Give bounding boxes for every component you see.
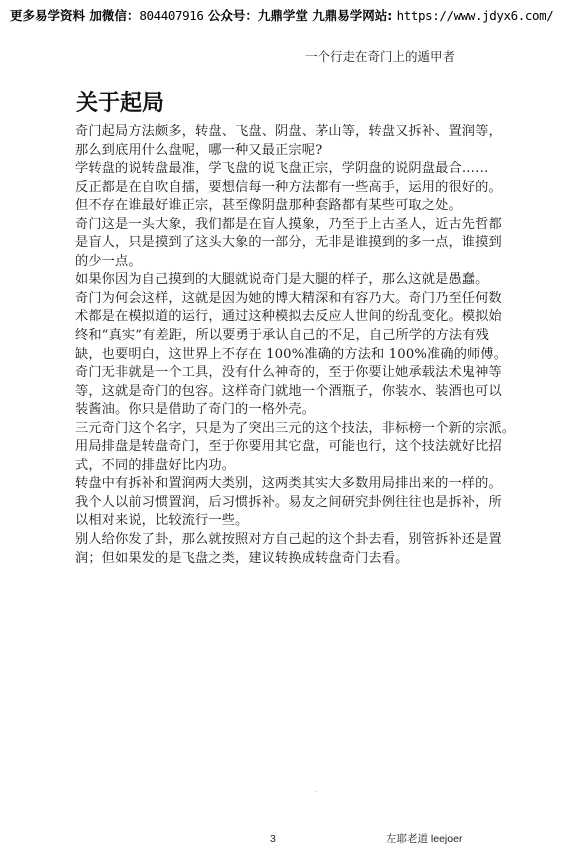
body-line: 我个人以前习惯置润，后习惯拆补。易友之间研究卦例往往也是拆补，所 bbox=[75, 494, 495, 513]
body-line: 润；但如果发的是飞盘之类，建议转换成转盘奇门去看。 bbox=[75, 550, 495, 569]
body-line: 术都是在模拟道的运行，通过这种模拟去反应人世间的纷乱变化。模拟始 bbox=[75, 308, 495, 327]
body-line: 学转盘的说转盘最准，学飞盘的说飞盘正宗，学阴盘的说阴盘最合…… bbox=[75, 160, 495, 179]
body-line: 奇门起局方法颇多，转盘、飞盘、阴盘、茅山等，转盘又拆补、置润等， bbox=[75, 123, 495, 142]
body-line: 反正都是在自吹自擂，要想信每一种方法都有一些高手，运用的很好的。 bbox=[75, 179, 495, 198]
body-line: 的少一点。 bbox=[75, 253, 495, 272]
body-line: 奇门为何会这样，这就是因为她的博大精深和有容乃大。奇门乃至任何数 bbox=[75, 290, 495, 309]
watermark-header: 更多易学资料 加微信：804407916 公众号：九鼎学堂 九鼎易学网站: ht… bbox=[10, 8, 553, 24]
body-line: 如果你因为自己摸到的大腿就说奇门是大腿的样子，那么这就是愚蠢。 bbox=[75, 271, 495, 290]
body-line: 等，这就是奇门的包容。这样奇门就地一个酒瓶子，你装水、装酒也可以 bbox=[75, 383, 495, 402]
body-line: 那么到底用什么盘呢，哪一种又最正宗呢? bbox=[75, 142, 495, 161]
watermark-wechat-id: 804407916 bbox=[139, 8, 203, 23]
body-line: 终和“真实”有差距，所以要勇于承认自己的不足，自己所学的方法有残 bbox=[75, 327, 495, 346]
subtitle: 一个行走在奇门上的遁甲者 bbox=[305, 49, 455, 65]
watermark-url: https://www.jdyx6.com/ bbox=[397, 8, 554, 23]
watermark-prefix: 更多易学资料 加微信： bbox=[10, 8, 139, 23]
body-line: 奇门这是一头大象，我们都是在盲人摸象，乃至于上古圣人，近古先哲都 bbox=[75, 216, 495, 235]
body-line: 是盲人，只是摸到了这头大象的一部分，无非是谁摸到的多一点，谁摸到 bbox=[75, 234, 495, 253]
document-body: 奇门起局方法颇多，转盘、飞盘、阴盘、茅山等，转盘又拆补、置润等， 那么到底用什么… bbox=[75, 123, 495, 568]
body-line: 三元奇门这个名字，只是为了突出三元的这个技法，非标榜一个新的宗派。 bbox=[75, 420, 495, 439]
body-line: 别人给你发了卦，那么就按照对方自己起的这个卦去看，别管拆补还是置 bbox=[75, 531, 495, 550]
watermark-mid: 公众号：九鼎学堂 九鼎易学网站: bbox=[204, 8, 397, 23]
scan-dot bbox=[315, 791, 316, 792]
page-number: 3 bbox=[270, 832, 276, 846]
body-line: 装酱油。你只是借助了奇门的一格外壳。 bbox=[75, 401, 495, 420]
page-title: 关于起局 bbox=[76, 91, 164, 117]
body-line: 以相对来说，比较流行一些。 bbox=[75, 512, 495, 531]
body-line: 奇门无非就是一个工具，没有什么神奇的，至于你要让她承载法术鬼神等 bbox=[75, 364, 495, 383]
body-line: 但不存在谁最好谁正宗，甚至像阴盘那种套路都有某些可取之处。 bbox=[75, 197, 495, 216]
body-line: 转盘中有拆补和置润两大类别，这两类其实大多数用局排出来的一样的。 bbox=[75, 475, 495, 494]
body-line: 用局排盘是转盘奇门，至于你要用其它盘，可能也行，这个技法就好比招 bbox=[75, 438, 495, 457]
body-line: 式，不同的排盘好比内功。 bbox=[75, 457, 495, 476]
body-line: 缺，也要明白，这世界上不存在 100%准确的方法和 100%准确的师傅。 bbox=[75, 346, 495, 365]
footer-author: 左耶老道 leejoer bbox=[386, 832, 462, 846]
